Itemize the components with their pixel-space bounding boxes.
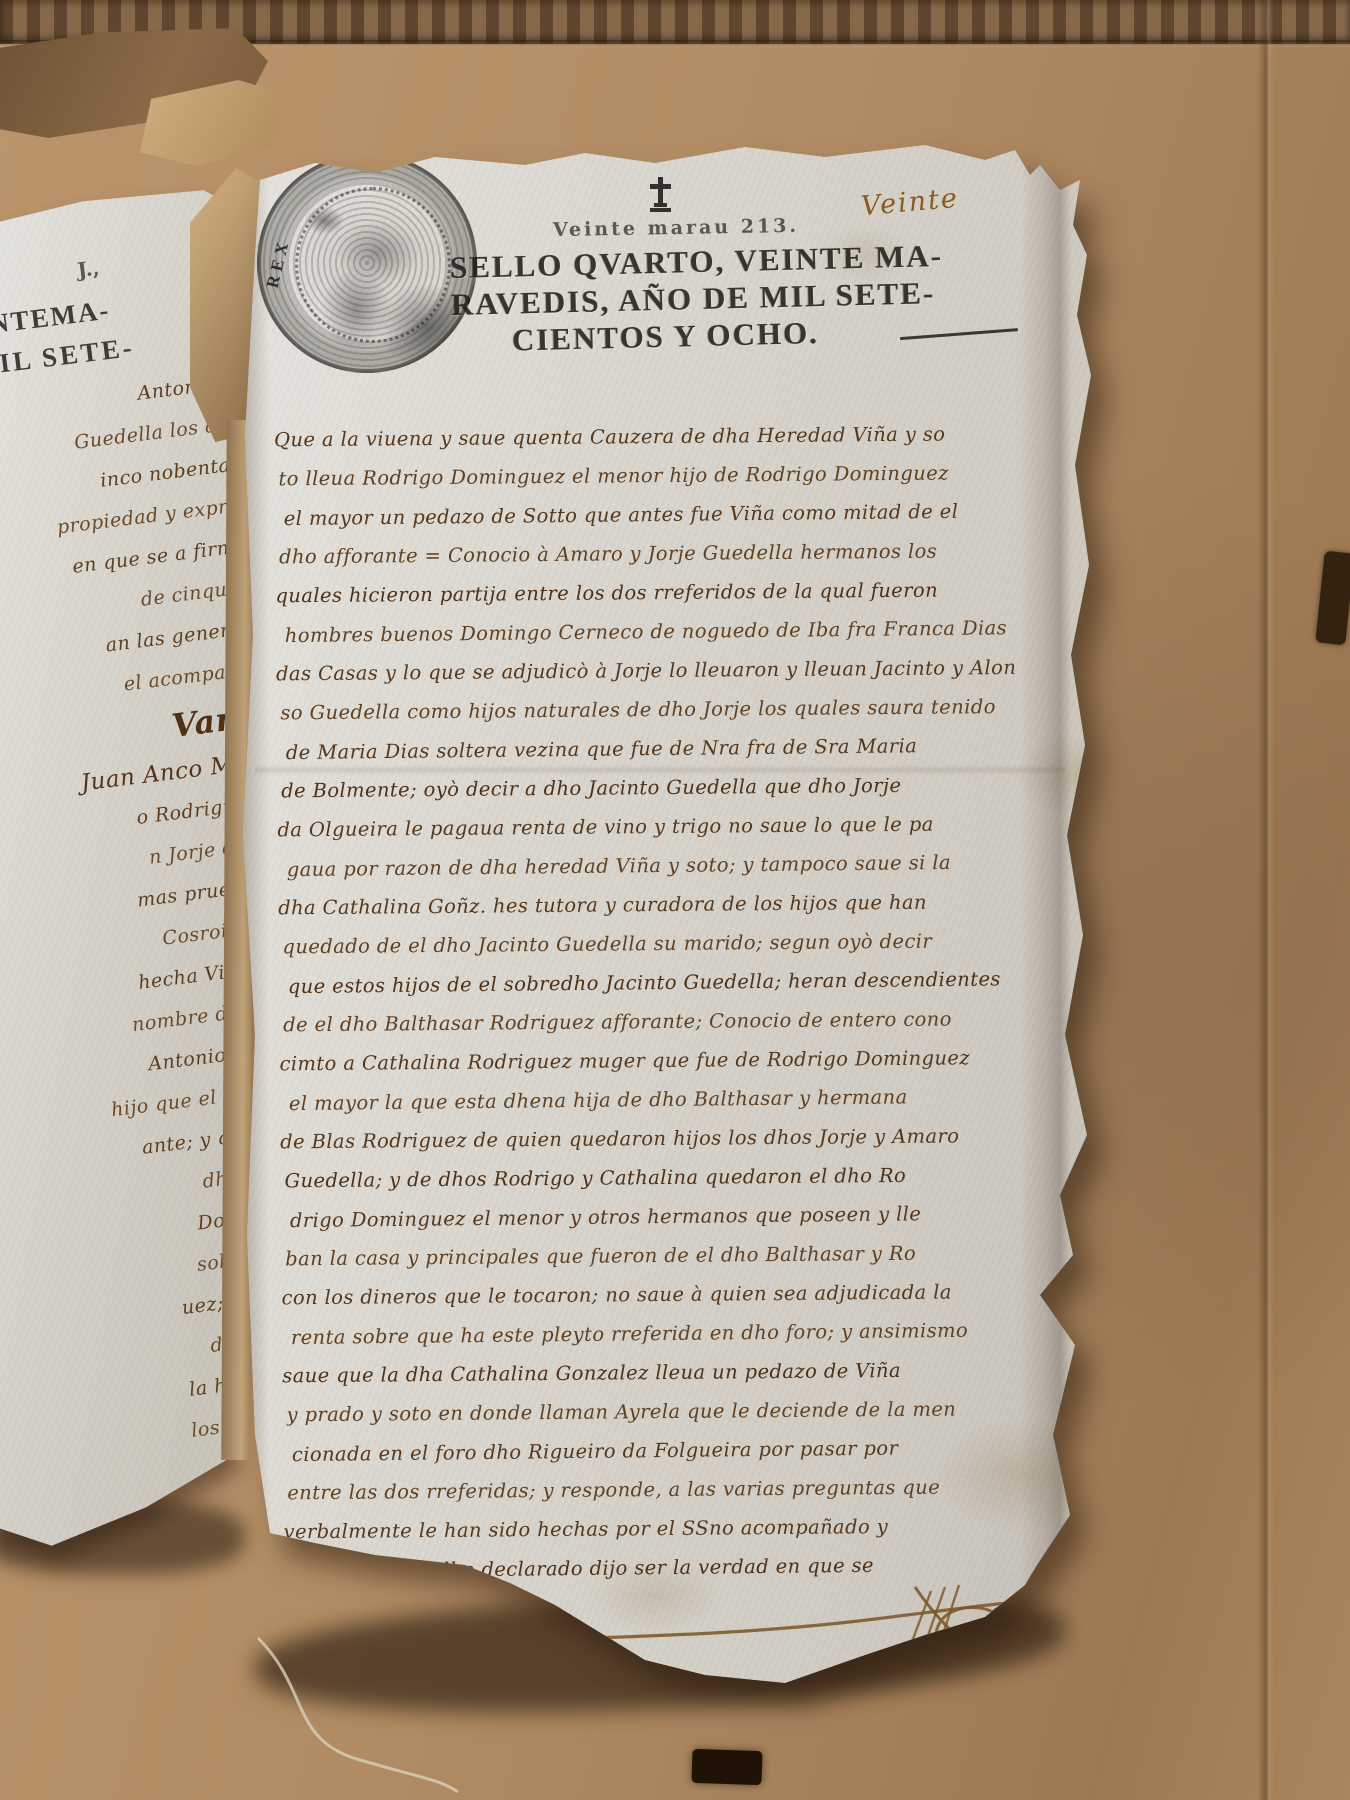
seal-inner-ring bbox=[295, 187, 451, 343]
manuscript-line: ban la casa y principales que fueron de … bbox=[285, 1233, 1057, 1279]
manuscript-line: de Blas Rodriguez de quien quedaron hijo… bbox=[280, 1116, 1052, 1162]
royal-seal-stamp: REX bbox=[257, 153, 477, 373]
right-page-paper: REX Veinte marau 213. SELLO QVARTO, VEIN… bbox=[225, 135, 1105, 1715]
manuscript-line: de Bolmente; oyò decir a dho Jacinto Gue… bbox=[281, 765, 1053, 811]
manuscript-text: Que a la viuena y saue quenta Cauzera de… bbox=[274, 414, 1056, 1591]
top-right-annotation: Veinte bbox=[860, 183, 960, 222]
manuscript-line: das Casas y lo que se adjudicò à Jorje l… bbox=[276, 648, 1048, 694]
right-page: REX Veinte marau 213. SELLO QVARTO, VEIN… bbox=[225, 135, 1105, 1715]
fold-crease-left bbox=[243, 135, 269, 1715]
manuscript-line: hombres buenos Domingo Cerneco de nogued… bbox=[285, 608, 1057, 655]
manuscript-line: Que a la viuena y saue quenta Cauzera de… bbox=[274, 414, 1046, 460]
plate-header-text: Veinte marau 213. bbox=[553, 215, 799, 241]
seal-legend-text: REX bbox=[263, 236, 295, 290]
manuscript-photo: J., VEINTEMA- E MIL SETE- Antonio daGued… bbox=[0, 0, 1350, 1800]
cardboard-slit-bottom bbox=[691, 1749, 762, 1785]
left-page-top-mark: J., bbox=[76, 256, 101, 282]
manuscript-line: gaua por razon de dha heredad Viña y sot… bbox=[287, 842, 1059, 889]
manuscript-line: saue que la dha Cathalina Gonzalez lleua… bbox=[282, 1350, 1054, 1396]
manuscript-line: dho afforante = Conocio à Amaro y Jorje … bbox=[279, 531, 1051, 577]
manuscript-line: de el dho Balthasar Rodriguez afforante;… bbox=[283, 999, 1055, 1045]
calvary-cross-icon bbox=[645, 175, 675, 215]
tax-stamp-text: SELLO QVARTO, VEINTE MA- RAVEDIS, AÑO DE… bbox=[450, 237, 946, 360]
manuscript-line: dha Cathalina Goñz. hes tutora y curador… bbox=[278, 882, 1050, 928]
notary-rubric-flourish bbox=[335, 1571, 1055, 1691]
manuscript-line: renta sobre que ha este pleyto rreferida… bbox=[291, 1310, 1063, 1357]
manuscript-line: entre las dos rreferidas; y responde, a … bbox=[287, 1467, 1059, 1513]
cardboard-slit-right bbox=[1315, 551, 1350, 646]
cardboard-crease bbox=[1258, 0, 1274, 1800]
manuscript-line: el mayor la que esta dhena hija de dho B… bbox=[289, 1076, 1061, 1123]
